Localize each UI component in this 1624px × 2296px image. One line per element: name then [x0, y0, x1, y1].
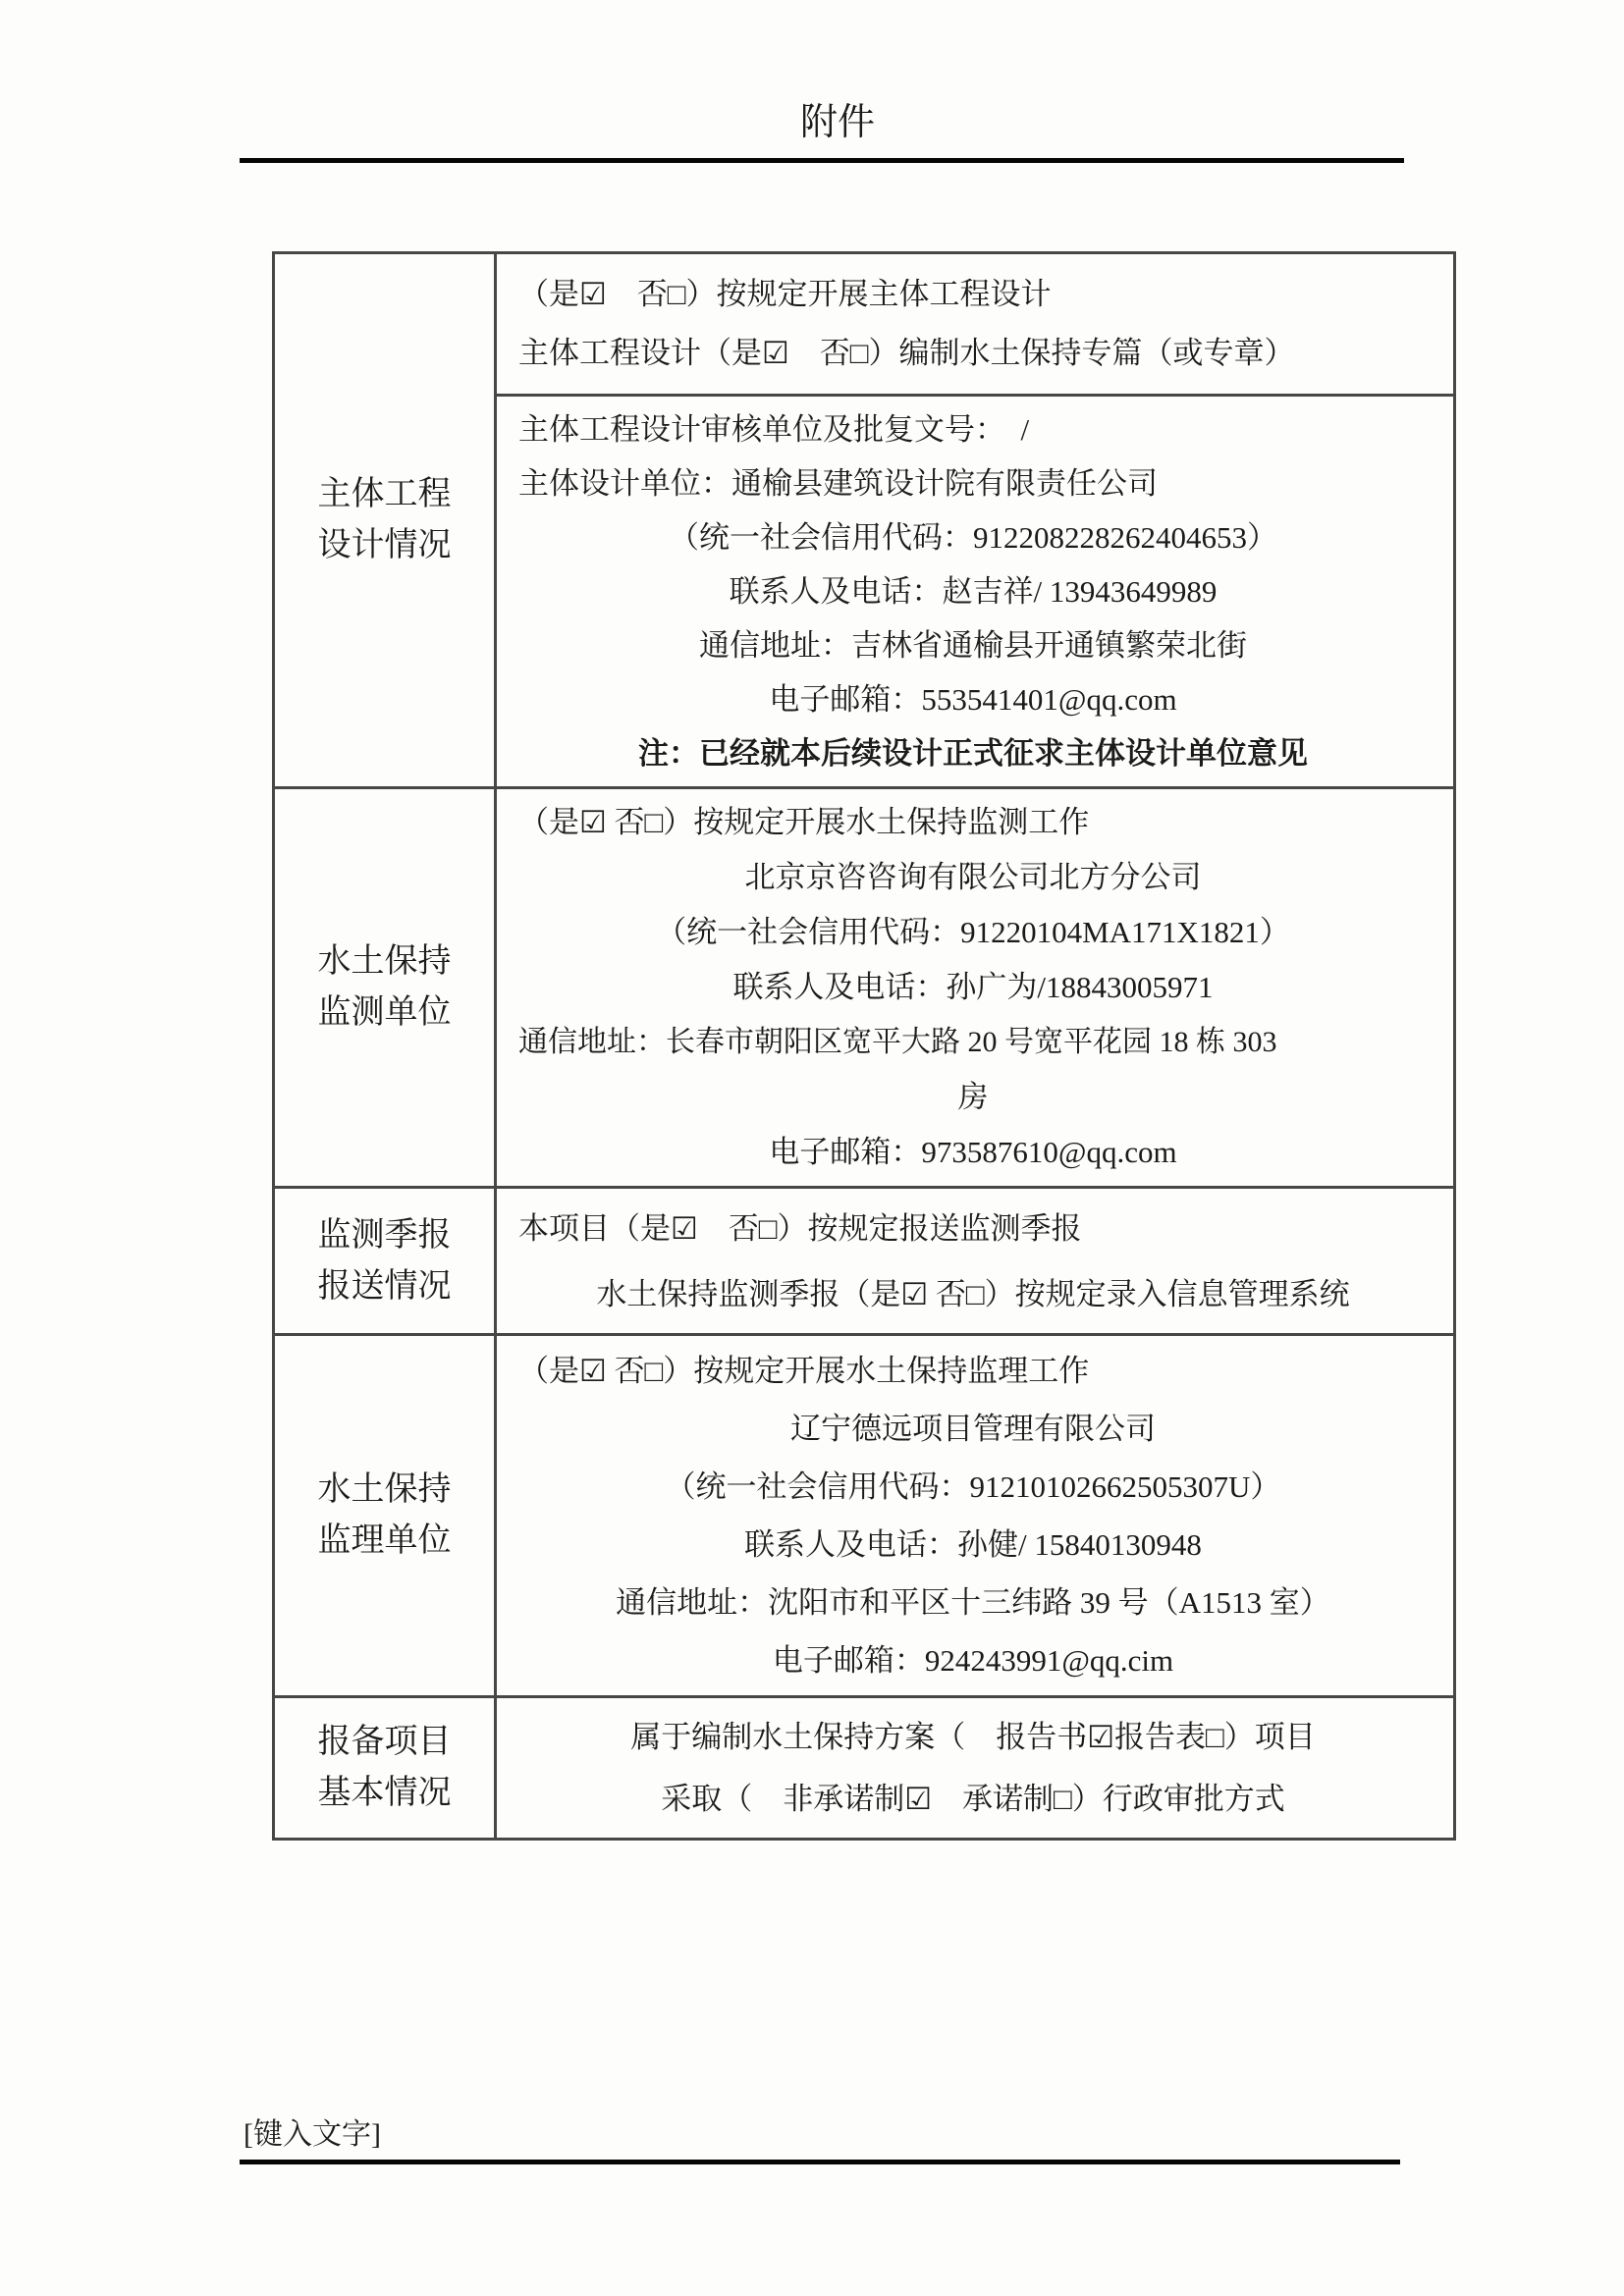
- row-label-quarterly-report: 监测季报 报送情况: [274, 1188, 496, 1335]
- row-label-line: 监理单位: [275, 1516, 494, 1567]
- quarterly-report-cell: 本项目（是☑ 否□）按规定报送监测季报 水土保持监测季报（是☑ 否□）按规定录入…: [496, 1188, 1455, 1335]
- row-label-line: 报送情况: [275, 1261, 494, 1312]
- address-wrap-line: 房: [518, 1070, 1428, 1125]
- mailing-address-line: 通信地址：长春市朝阳区宽平大路 20 号宽平花园 18 栋 303: [518, 1015, 1428, 1070]
- table-row: 主体工程 设计情况 （是☑ 否□）按规定开展主体工程设计 主体工程设计（是☑ 否…: [274, 253, 1455, 396]
- supervision-unit-cell: （是☑ 否□）按规定开展水土保持监理工作 辽宁德远项目管理有限公司 （统一社会信…: [496, 1335, 1455, 1697]
- credit-code-line: （统一社会信用代码：912208228262404653）: [518, 510, 1428, 564]
- row-label-supervision-unit: 水土保持 监理单位: [274, 1335, 496, 1697]
- checkbox-line: 水土保持监测季报（是☑ 否□）按规定录入信息管理系统: [518, 1261, 1428, 1327]
- checkbox-line: 本项目（是☑ 否□）按规定报送监测季报: [518, 1196, 1428, 1261]
- table-row: 水土保持 监测单位 （是☑ 否□）按规定开展水土保持监测工作 北京京咨咨询有限公…: [274, 788, 1455, 1188]
- monitoring-unit-cell: （是☑ 否□）按规定开展水土保持监测工作 北京京咨咨询有限公司北方分公司 （统一…: [496, 788, 1455, 1188]
- credit-code-line: （统一社会信用代码：91220104MA171X1821）: [518, 905, 1428, 960]
- table-row: 水土保持 监理单位 （是☑ 否□）按规定开展水土保持监理工作 辽宁德远项目管理有…: [274, 1335, 1455, 1697]
- review-unit-line: 主体工程设计审核单位及批复文号： /: [518, 402, 1428, 456]
- row-label-line: 水土保持: [275, 1465, 494, 1516]
- footer-placeholder-text: [键入文字]: [240, 2116, 381, 2154]
- attachment-label: 附件: [26, 0, 1624, 145]
- page-footer: [键入文字]: [240, 2116, 1624, 2164]
- email-line: 电子邮箱：553541401@qq.com: [518, 672, 1428, 726]
- row-label-filing-project: 报备项目 基本情况: [274, 1697, 496, 1840]
- contact-phone-line: 联系人及电话：孙健/ 15840130948: [518, 1516, 1428, 1574]
- row-label-line: 监测单位: [275, 988, 494, 1039]
- row-label-line: 报备项目: [275, 1717, 494, 1768]
- company-name-line: 北京京咨咨询有限公司北方分公司: [518, 850, 1428, 905]
- table-row: 监测季报 报送情况 本项目（是☑ 否□）按规定报送监测季报 水土保持监测季报（是…: [274, 1188, 1455, 1335]
- checkbox-line: 主体工程设计（是☑ 否□）编制水土保持专篇（或专章）: [518, 324, 1428, 383]
- document-page: 附件 主体工程 设计情况 （是☑ 否□）按规定开展主体工程设计 主体工程设计（是…: [0, 0, 1624, 2296]
- design-unit-line: 主体设计单位：通榆县建筑设计院有限责任公司: [518, 456, 1428, 510]
- row-label-line: 设计情况: [275, 520, 494, 571]
- mailing-address-line: 通信地址：沈阳市和平区十三纬路 39 号（A1513 室）: [518, 1574, 1428, 1631]
- checkbox-line: 采取（ 非承诺制☑ 承诺制□）行政审批方式: [518, 1768, 1428, 1830]
- company-name-line: 辽宁德远项目管理有限公司: [518, 1400, 1428, 1458]
- row-label-main-project-design: 主体工程 设计情况: [274, 253, 496, 788]
- checkbox-line: 属于编制水土保持方案（ 报告书☑报告表□）项目: [518, 1706, 1428, 1768]
- main-design-detail-cell: 主体工程设计审核单位及批复文号： / 主体设计单位：通榆县建筑设计院有限责任公司…: [496, 396, 1455, 788]
- mailing-address-line: 通信地址：吉林省通榆县开通镇繁荣北街: [518, 618, 1428, 672]
- email-line: 电子邮箱：973587610@qq.com: [518, 1125, 1428, 1180]
- checkbox-line: （是☑ 否□）按规定开展水土保持监测工作: [518, 795, 1428, 850]
- table-row: 报备项目 基本情况 属于编制水土保持方案（ 报告书☑报告表□）项目 采取（ 非承…: [274, 1697, 1455, 1840]
- main-design-checkbox-cell: （是☑ 否□）按规定开展主体工程设计 主体工程设计（是☑ 否□）编制水土保持专篇…: [496, 253, 1455, 396]
- row-label-line: 水土保持: [275, 936, 494, 988]
- contact-phone-line: 联系人及电话：孙广为/18843005971: [518, 960, 1428, 1015]
- row-label-line: 主体工程: [275, 469, 494, 520]
- row-label-monitoring-unit: 水土保持 监测单位: [274, 788, 496, 1188]
- note-line: 注：已经就本后续设计正式征求主体设计单位意见: [518, 726, 1428, 780]
- contact-phone-line: 联系人及电话：赵吉祥/ 13943649989: [518, 564, 1428, 618]
- email-line: 电子邮箱：924243991@qq.cim: [518, 1631, 1428, 1689]
- checkbox-line: （是☑ 否□）按规定开展主体工程设计: [518, 265, 1428, 324]
- header-divider: [240, 158, 1404, 163]
- row-label-line: 基本情况: [275, 1768, 494, 1819]
- row-label-line: 监测季报: [275, 1210, 494, 1261]
- credit-code-line: （统一社会信用代码：91210102662505307U）: [518, 1458, 1428, 1516]
- filing-form-table: 主体工程 设计情况 （是☑ 否□）按规定开展主体工程设计 主体工程设计（是☑ 否…: [272, 251, 1456, 1841]
- footer-divider: [240, 2160, 1400, 2164]
- checkbox-line: （是☑ 否□）按规定开展水土保持监理工作: [518, 1342, 1428, 1400]
- filing-project-cell: 属于编制水土保持方案（ 报告书☑报告表□）项目 采取（ 非承诺制☑ 承诺制□）行…: [496, 1697, 1455, 1840]
